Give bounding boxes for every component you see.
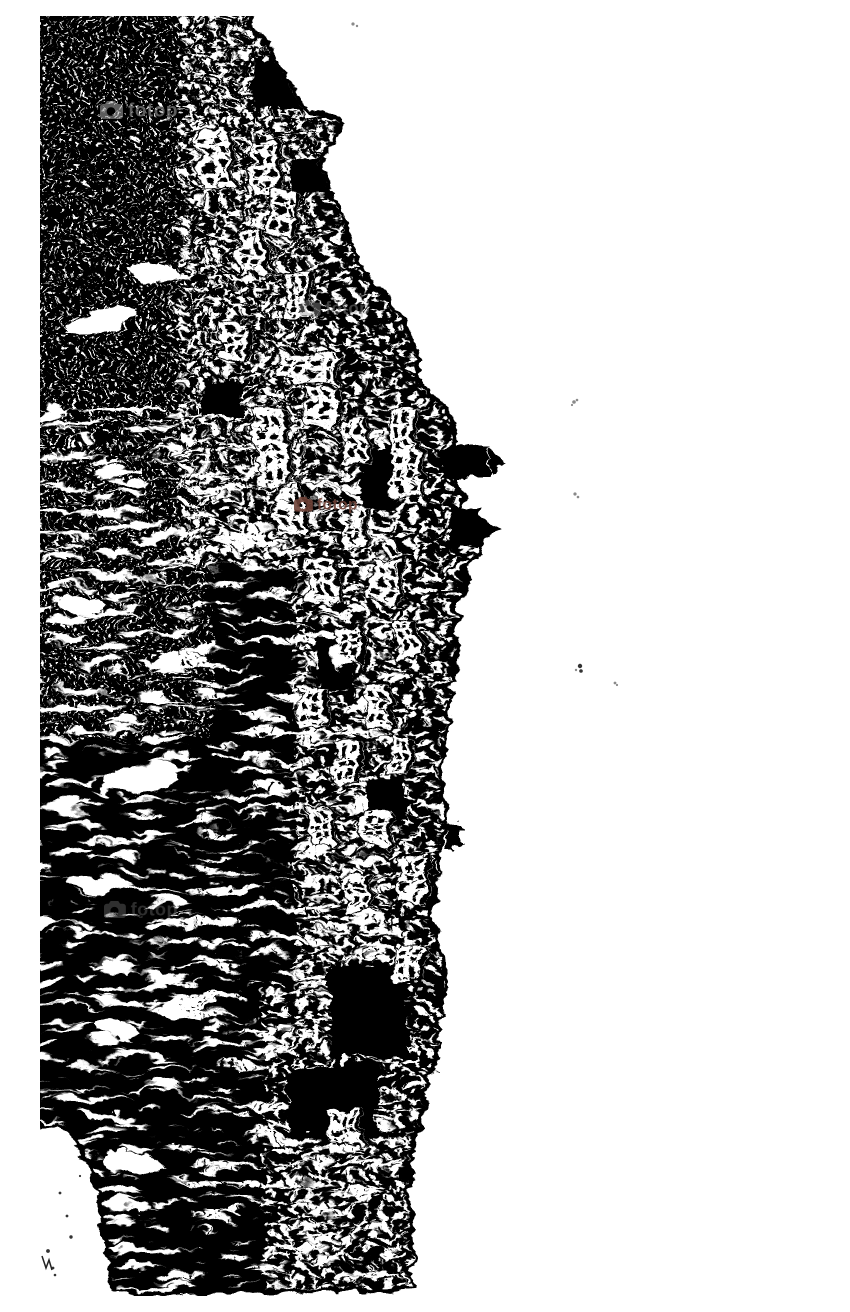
dust-speck	[66, 1215, 69, 1218]
dust-speck	[79, 1175, 81, 1177]
dust-speck	[571, 404, 573, 406]
dust-speck	[351, 22, 354, 25]
dust-speck	[577, 496, 580, 499]
dust-speck	[614, 682, 617, 685]
sketch-image: fotopfotopfotopfotop High-contrast black…	[40, 16, 850, 1296]
watermark-text: fotop	[317, 497, 358, 514]
dust-speck	[69, 1235, 72, 1238]
dust-speck	[576, 399, 579, 402]
dust-speck	[572, 400, 576, 404]
dust-speck	[46, 1249, 50, 1253]
dust-speck	[575, 669, 577, 671]
dust-speck	[578, 664, 582, 668]
dust-speck	[59, 1192, 62, 1195]
dust-speck	[616, 684, 618, 686]
dust-speck	[579, 669, 583, 673]
edge-building	[411, 973, 439, 1001]
sketch-canvas: fotopfotopfotopfotop	[40, 16, 850, 1296]
dust-speck	[573, 492, 576, 495]
watermark-text: fotop	[128, 101, 178, 122]
watermark-text: fotop	[131, 900, 178, 920]
watermark-text: fotop	[325, 299, 370, 318]
dust-speck	[356, 25, 358, 27]
